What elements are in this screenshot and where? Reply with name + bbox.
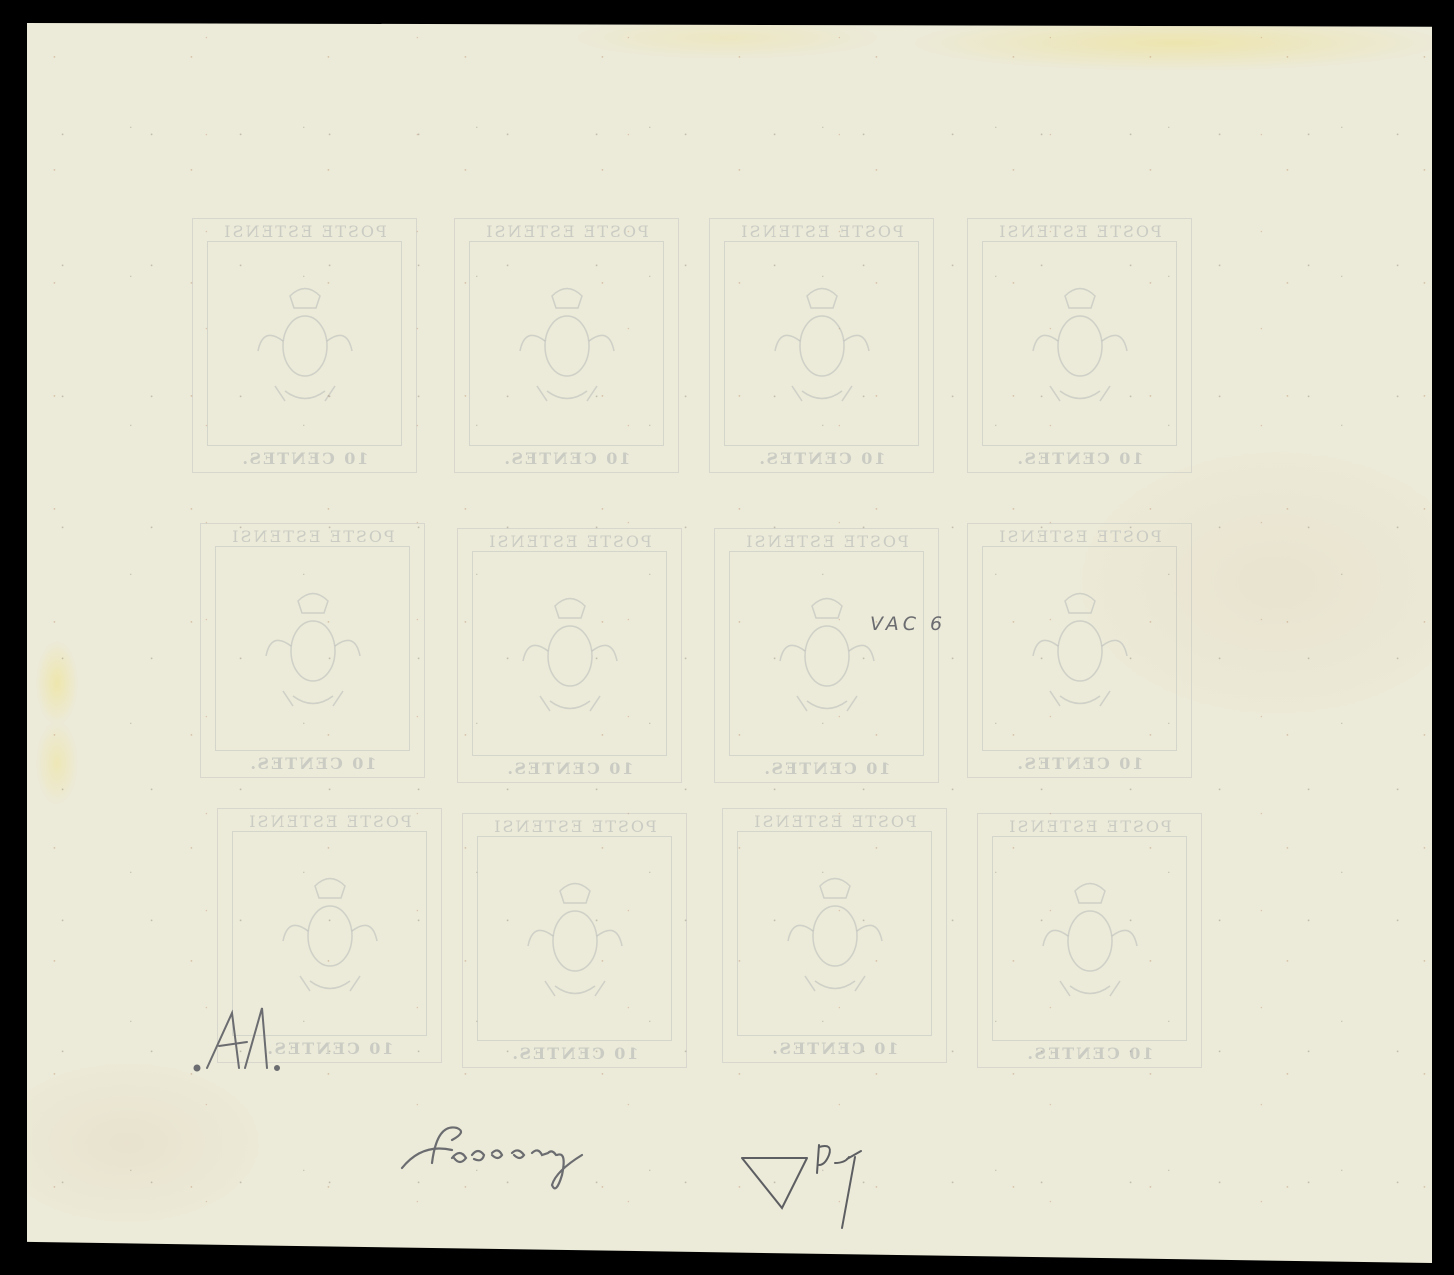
eagle-crown-icon bbox=[512, 271, 622, 421]
stamp-top-label: POSTE ESTENSI bbox=[476, 532, 663, 551]
stamp-impression: POSTE ESTENSI 10 CENTES. bbox=[714, 528, 939, 783]
eagle-crown-icon bbox=[780, 861, 890, 1011]
stamp-bottom-label: 10 CENTES. bbox=[733, 759, 920, 778]
stamp-bottom-label: 10 CENTES. bbox=[986, 449, 1173, 468]
eagle-crown-icon bbox=[1035, 866, 1145, 1016]
eagle-crown-icon bbox=[250, 271, 360, 421]
stamp-bottom-label: 10 CENTES. bbox=[481, 1044, 668, 1063]
stamp-impression: POSTE ESTENSI 10 CENTES. bbox=[722, 808, 947, 1063]
stamp-impression: POSTE ESTENSI 10 CENTES. bbox=[709, 218, 934, 473]
stamp-top-label: POSTE ESTENSI bbox=[996, 817, 1183, 836]
stamp-top-label: POSTE ESTENSI bbox=[986, 222, 1173, 241]
signature-initials bbox=[177, 998, 297, 1088]
stamp-bottom-label: 10 CENTES. bbox=[986, 754, 1173, 773]
eagle-crown-icon bbox=[258, 576, 368, 726]
eagle-crown-icon bbox=[515, 581, 625, 731]
stamp-bottom-label: 10 CENTES. bbox=[476, 759, 663, 778]
stamp-impression: POSTE ESTENSI 10 CENTES. bbox=[977, 813, 1202, 1068]
stamp-top-label: POSTE ESTENSI bbox=[211, 222, 398, 241]
eagle-crown-icon bbox=[520, 866, 630, 1016]
stamp-bottom-label: 10 CENTES. bbox=[728, 449, 915, 468]
stamp-top-label: POSTE ESTENSI bbox=[986, 527, 1173, 546]
stamp-top-label: POSTE ESTENSI bbox=[728, 222, 915, 241]
stamp-top-label: POSTE ESTENSI bbox=[741, 812, 928, 831]
eagle-crown-icon bbox=[767, 271, 877, 421]
eagle-crown-icon bbox=[772, 581, 882, 731]
stamp-impression: POSTE ESTENSI 10 CENTES. bbox=[457, 528, 682, 783]
stamp-impression: POSTE ESTENSI 10 CENTES. bbox=[462, 813, 687, 1068]
stamp-bottom-label: 10 CENTES. bbox=[996, 1044, 1183, 1063]
eagle-crown-icon bbox=[275, 861, 385, 1011]
stamp-impression: POSTE ESTENSI 10 CENTES. bbox=[200, 523, 425, 778]
stamp-sheet-paper: POSTE ESTENSI 10 CENTES. POSTE ESTENSI 1… bbox=[27, 23, 1432, 1263]
stamp-top-label: POSTE ESTENSI bbox=[473, 222, 660, 241]
stamp-top-label: POSTE ESTENSI bbox=[733, 532, 920, 551]
stamp-top-label: POSTE ESTENSI bbox=[236, 812, 423, 831]
eagle-crown-icon bbox=[1025, 576, 1135, 726]
stamp-bottom-label: 10 CENTES. bbox=[741, 1039, 928, 1058]
stamp-top-label: POSTE ESTENSI bbox=[481, 817, 668, 836]
stamp-bottom-label: 10 CENTES. bbox=[211, 449, 398, 468]
pencil-note: VAC 6 bbox=[870, 613, 946, 635]
stamp-impression: POSTE ESTENSI 10 CENTES. bbox=[967, 523, 1192, 778]
stamp-impression: POSTE ESTENSI 10 CENTES. bbox=[967, 218, 1192, 473]
signature-expert bbox=[392, 1113, 692, 1223]
stamp-impression: POSTE ESTENSI 10 CENTES. bbox=[192, 218, 417, 473]
stamp-bottom-label: 10 CENTES. bbox=[473, 449, 660, 468]
stamp-top-label: POSTE ESTENSI bbox=[219, 527, 406, 546]
eagle-crown-icon bbox=[1025, 271, 1135, 421]
stamp-bottom-label: 10 CENTES. bbox=[219, 754, 406, 773]
signature-mark bbox=[737, 1133, 877, 1243]
stamp-impression: POSTE ESTENSI 10 CENTES. bbox=[454, 218, 679, 473]
